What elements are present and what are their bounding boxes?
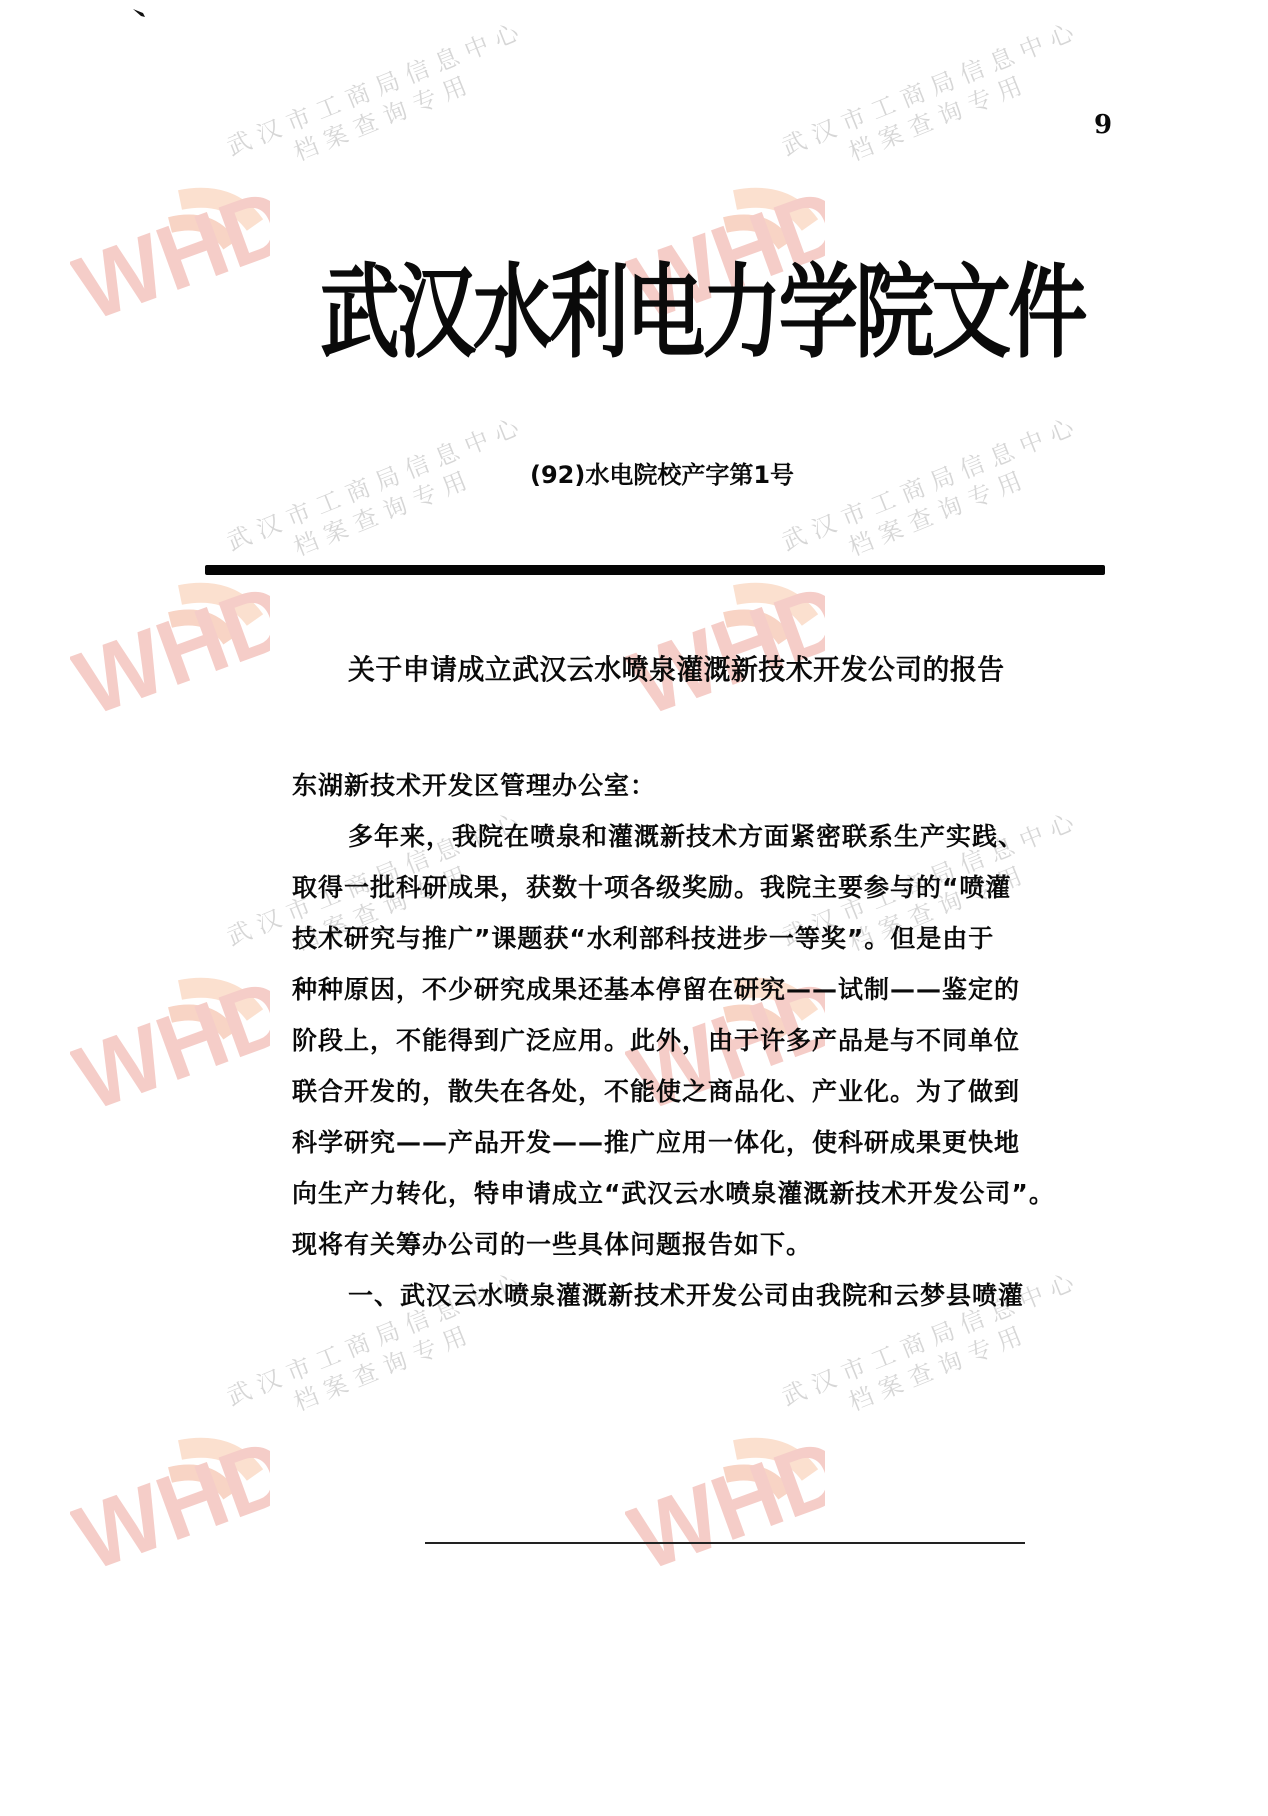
body-line: 科学研究——产品开发——推广应用一体化，使科研成果更快地 <box>292 1117 1132 1168</box>
body-line: 联合开发的，散失在各处，不能使之商品化、产业化。为了做到 <box>292 1066 1132 1117</box>
page-number: 9 <box>1094 110 1112 140</box>
addressee: 东湖新技术开发区管理办公室： <box>292 760 1132 811</box>
header-divider <box>205 565 1105 575</box>
watermark-line2: 档案查询专用 <box>289 42 541 167</box>
whd-logo-icon: WHD <box>70 565 270 725</box>
watermark-line2: 档案查询专用 <box>844 437 1096 562</box>
whd-logo-icon: WHD <box>70 960 270 1120</box>
svg-text:WHD: WHD <box>70 170 270 330</box>
document-header: 武汉水利电力学院文件 <box>320 232 866 378</box>
svg-text:WHD: WHD <box>70 1420 270 1580</box>
body-line: 种种原因，不少研究成果还基本停留在研究——试制——鉴定的 <box>292 964 1132 1015</box>
scan-artifact-mark <box>133 8 147 18</box>
watermark-line2: 档案查询专用 <box>289 437 541 562</box>
body-line: 向生产力转化，特申请成立“武汉云水喷泉灌溉新技术开发公司”。 <box>292 1168 1132 1219</box>
footer-divider <box>425 1542 1025 1544</box>
body-line: 多年来，我院在喷泉和灌溉新技术方面紧密联系生产实践、 <box>292 811 1132 862</box>
document-number: (92)水电院校产字第1号 <box>530 455 794 490</box>
watermark-line1: 武汉市工商局信息中心 <box>778 15 1085 161</box>
report-body: 东湖新技术开发区管理办公室： 多年来，我院在喷泉和灌溉新技术方面紧密联系生产实践… <box>292 760 1132 1321</box>
body-line: 阶段上，不能得到广泛应用。此外，由于许多产品是与不同单位 <box>292 1015 1132 1066</box>
svg-text:WHD: WHD <box>625 565 825 725</box>
whd-logo-icon: WHD <box>625 1420 825 1580</box>
report-title: 关于申请成立武汉云水喷泉灌溉新技术开发公司的报告 <box>348 648 1005 688</box>
watermark-line1: 武汉市工商局信息中心 <box>778 410 1085 556</box>
watermark-line1: 武汉市工商局信息中心 <box>223 15 530 161</box>
watermark-line1: 武汉市工商局信息中心 <box>223 410 530 556</box>
watermark-line2: 档案查询专用 <box>844 42 1096 167</box>
svg-text:WHD: WHD <box>70 960 270 1120</box>
body-line: 现将有关筹办公司的一些具体问题报告如下。 <box>292 1219 1132 1270</box>
body-line: 取得一批科研成果，获数十项各级奖励。我院主要参与的“喷灌 <box>292 862 1132 913</box>
document-page: WHD 武汉市工商局信息中心档案查询专用 WHD 武汉市工商局信息中心档案查询专… <box>0 0 1268 1816</box>
section-heading: 一、武汉云水喷泉灌溉新技术开发公司由我院和云梦县喷灌 <box>292 1270 1132 1321</box>
svg-text:WHD: WHD <box>625 1420 825 1580</box>
whd-logo-icon: WHD <box>70 1420 270 1580</box>
svg-text:WHD: WHD <box>70 565 270 725</box>
whd-logo-icon: WHD <box>625 565 825 725</box>
body-line: 技术研究与推广”课题获“水利部科技进步一等奖”。但是由于 <box>292 913 1132 964</box>
whd-logo-icon: WHD <box>70 170 270 330</box>
